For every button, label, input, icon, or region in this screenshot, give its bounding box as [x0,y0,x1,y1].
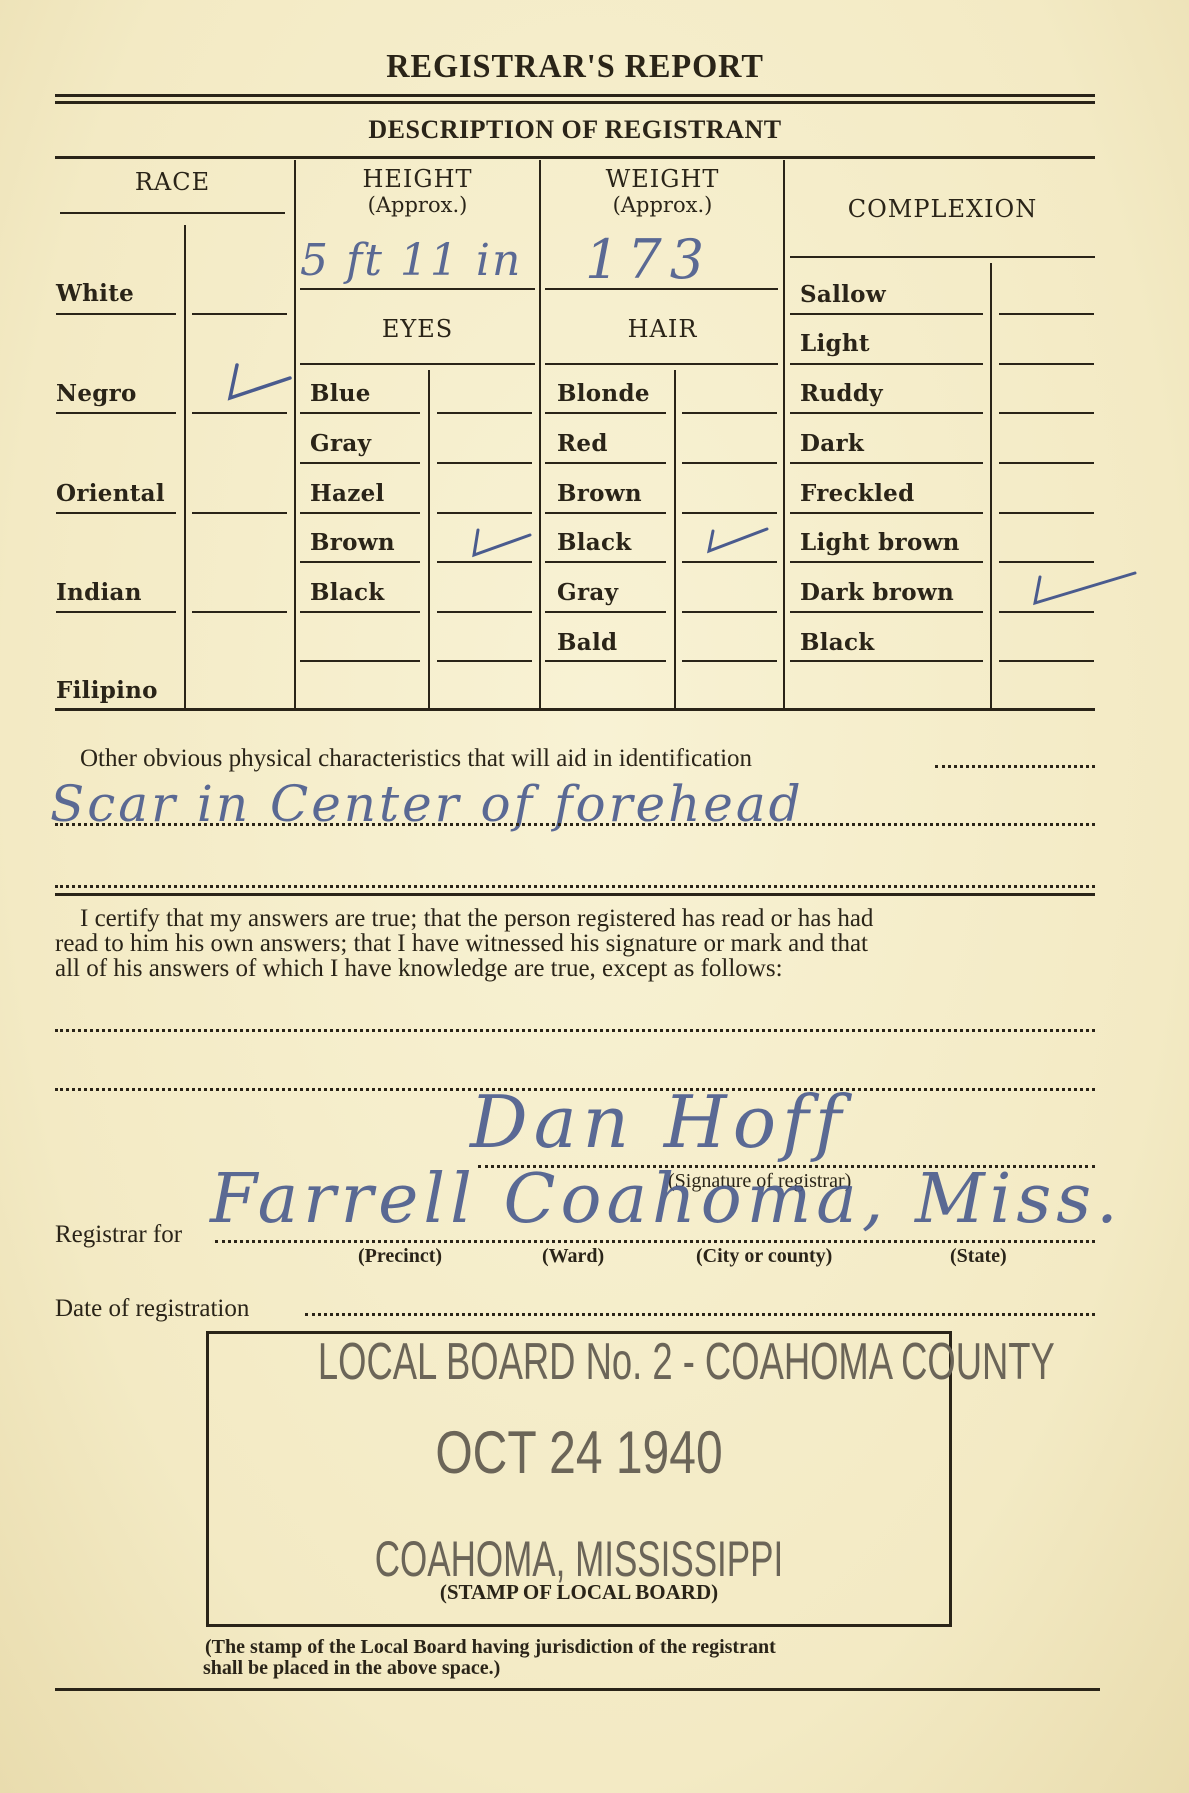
complexion-option-ruddy: Ruddy [800,380,883,407]
complexion-rule-4 [790,462,983,464]
hair-mark-5 [682,611,777,613]
race-mark-negro [192,412,287,414]
hair-option-black: Black [557,529,632,556]
table-bottom-rule [55,708,1095,711]
race-mark-oriental [192,512,287,514]
page-title: REGISTRAR'S REPORT [29,48,1122,86]
race-rule-negro [56,412,176,414]
eyes-rule-6 [300,660,420,662]
checkmark-icon [470,525,535,560]
physical-dotline-1 [935,765,1095,768]
eyes-mark-6 [437,660,532,662]
hair-mark-2 [682,462,777,464]
complexion-mark-7 [999,611,1094,613]
complexion-mark-1 [999,313,1094,315]
hair-rule-4 [545,561,666,563]
footnote-line-2: shall be placed in the above space.) [203,1657,500,1680]
date-dotline [305,1313,1095,1316]
race-header: RACE [60,168,285,196]
complexion-rule-6 [790,561,983,563]
physical-dotline-3 [55,885,1095,888]
hair-inner-divider [674,370,676,708]
city-caption: (City or county) [696,1245,832,1268]
complexion-rule-7 [790,611,983,613]
certification-line-2: read to him his own answers; that I have… [55,931,868,956]
complexion-header: COMPLEXION [790,195,1095,223]
eyes-mark-5 [437,611,532,613]
divider-race-height [294,160,296,708]
state-caption: (State) [950,1245,1007,1268]
title-rule-bottom [55,101,1095,104]
eyes-rule-2 [300,462,420,464]
bottom-rule [55,1688,1100,1691]
race-option-oriental: Oriental [56,480,165,507]
eyes-mark-4 [437,561,532,563]
complexion-option-dark-brown: Dark brown [800,579,954,606]
height-rule [300,288,535,290]
divider-height-weight [539,160,541,708]
eyes-inner-divider [428,370,430,708]
eyes-option-black: Black [310,579,385,606]
stamp-caption: (STAMP OF LOCAL BOARD) [206,1580,952,1605]
race-rule-indian [56,611,176,613]
title-rule-top [55,94,1095,97]
hair-rule-2 [545,462,666,464]
hair-rule-3 [545,512,666,514]
complexion-option-black: Black [800,629,875,656]
registrar-signature[interactable]: Dan Hoff [470,1080,847,1164]
race-rule-oriental [56,512,176,514]
complexion-option-freckled: Freckled [800,480,914,507]
race-mark-white [192,313,287,315]
footnote-line-1: (The stamp of the Local Board having jur… [205,1636,776,1659]
hair-mark-6 [682,660,777,662]
complexion-option-light-brown: Light brown [800,529,960,556]
hair-option-gray: Gray [557,579,618,606]
physical-bottom-rule [55,893,1095,896]
complexion-mark-4 [999,462,1094,464]
eyes-mark-2 [437,462,532,464]
hair-mark-4 [682,561,777,563]
hair-rule-6 [545,660,666,662]
race-mark-indian [192,611,287,613]
exceptions-dotline-1 [55,1029,1095,1032]
registrar-for-dotline [215,1240,1095,1243]
race-header-rule [60,212,285,214]
hair-rule-1 [545,412,666,414]
divider-weight-complexion [783,160,785,708]
eyes-rule-4 [300,561,420,563]
physical-dotline-2 [55,823,1095,826]
checkmark-icon [705,523,770,558]
complexion-inner-divider [990,263,992,708]
ward-caption: (Ward) [542,1245,604,1268]
physical-label: Other obvious physical characteristics t… [80,746,752,771]
complexion-option-dark: Dark [800,430,864,457]
eyes-rule-3 [300,512,420,514]
eyes-rule-5 [300,611,420,613]
eyes-rule-1 [300,412,420,414]
race-inner-divider [184,225,186,708]
checkmark-icon [1030,565,1140,610]
complexion-rule-2 [790,363,983,365]
precinct-caption: (Precinct) [358,1245,442,1268]
complexion-mark-2 [999,363,1094,365]
certification-line-3: all of his answers of which I have knowl… [55,956,783,981]
stamp-board-line: LOCAL BOARD No. 2 - COAHOMA COUNTY [318,1332,840,1392]
race-option-white: White [56,280,134,307]
eyes-option-blue: Blue [310,380,371,407]
hair-rule-5 [545,611,666,613]
hair-header-rule [545,363,778,365]
hair-option-red: Red [557,430,608,457]
stamp-date: OCT 24 1940 [281,1418,878,1487]
hair-mark-1 [682,412,777,414]
certification-line-1: I certify that my answers are true; that… [80,906,873,931]
complexion-option-sallow: Sallow [800,281,886,308]
complexion-mark-3 [999,412,1094,414]
weight-sub: (Approx.) [545,193,780,217]
registrar-for-label: Registrar for [55,1222,182,1247]
complexion-mark-6 [999,561,1094,563]
height-sub: (Approx.) [300,193,535,217]
race-option-indian: Indian [56,579,142,606]
section-heading: DESCRIPTION OF REGISTRANT [0,115,1150,145]
eyes-header: EYES [300,315,535,343]
eyes-option-gray: Gray [310,430,371,457]
race-rule-white [56,313,176,315]
eyes-mark-3 [437,512,532,514]
hair-header: HAIR [545,315,780,343]
race-option-filipino: Filipino [56,677,158,704]
complexion-option-light: Light [800,330,870,357]
complexion-header-rule [790,256,1095,258]
weight-rule [545,288,778,290]
hair-option-bald: Bald [557,629,617,656]
hair-option-brown: Brown [557,480,642,507]
complexion-mark-5 [999,512,1094,514]
complexion-rule-3 [790,412,983,414]
weight-header: WEIGHT [545,165,780,193]
registrar-for-value[interactable]: Farrell Coahoma, Miss. [210,1160,1123,1239]
complexion-rule-5 [790,512,983,514]
hair-option-blonde: Blonde [557,380,650,407]
eyes-mark-1 [437,412,532,414]
section-rule [55,156,1095,159]
height-value: 5 ft 11 in [300,235,522,286]
complexion-rule-8 [790,660,983,662]
date-of-registration-label: Date of registration [55,1296,249,1321]
checkmark-icon [225,360,295,405]
hair-mark-3 [682,512,777,514]
height-header: HEIGHT [300,165,535,193]
eyes-option-brown: Brown [310,529,395,556]
race-option-negro: Negro [56,380,137,407]
eyes-option-hazel: Hazel [310,480,385,507]
complexion-rule-1 [790,313,983,315]
eyes-header-rule [300,363,535,365]
complexion-mark-8 [999,660,1094,662]
weight-value: 173 [585,228,712,291]
